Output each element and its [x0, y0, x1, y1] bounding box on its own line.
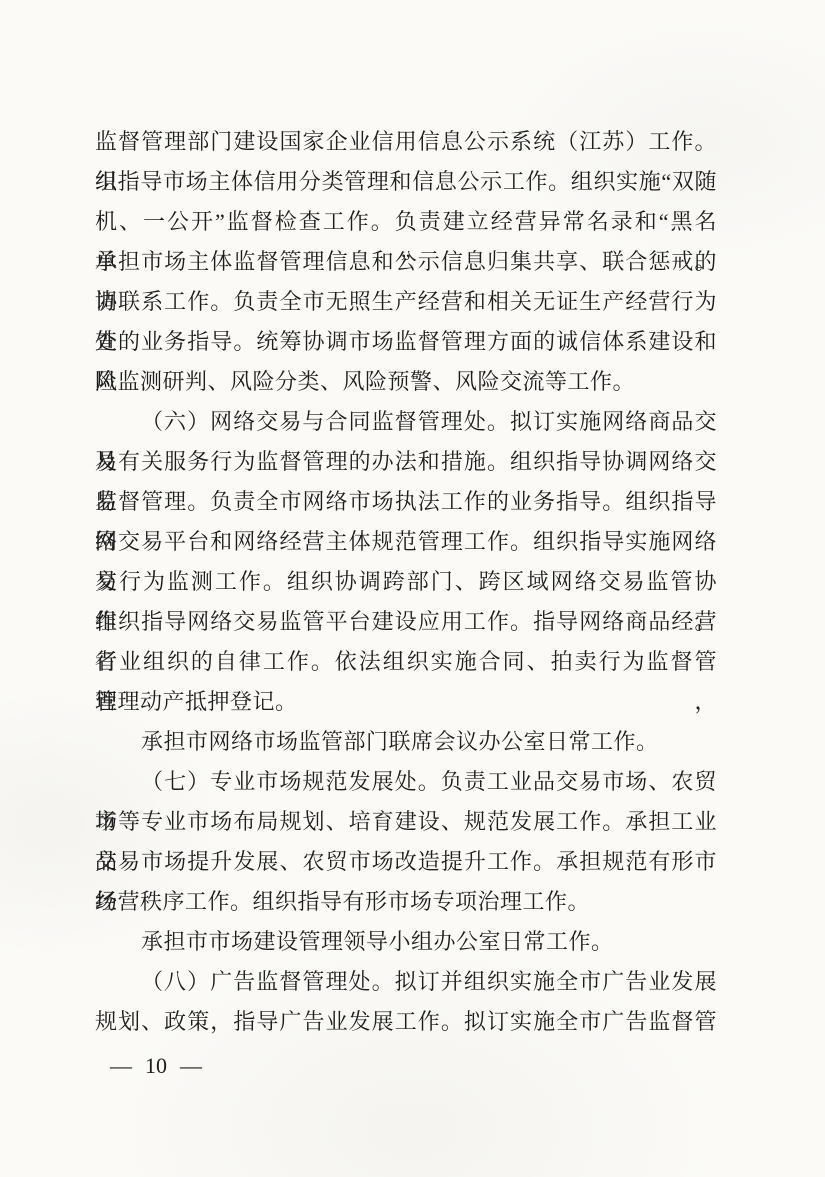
text-line: 交易市场提升发展、农贸市场改造提升工作。承担规范有形市场	[95, 842, 717, 882]
text-line: 承担市网络市场监管部门联席会议办公室日常工作。	[95, 722, 717, 762]
text-line: 场等专业市场布局规划、培育建设、规范发展工作。承担工业品	[95, 802, 717, 842]
text-line: 织指导市场主体信用分类管理和信息公示工作。组织实施“双随	[95, 162, 717, 202]
text-line: 承担市市场建设管理领导小组办公室日常工作。	[95, 922, 717, 962]
text-line: 及有关服务行为监督管理的办法和措施。组织指导协调网络交易	[95, 442, 717, 482]
footer-page-number: 10	[145, 1051, 167, 1081]
footer-right-dash: —	[180, 1051, 202, 1081]
page-number: — 10 —	[110, 1051, 202, 1081]
text-line: 规划、政策，指导广告业发展工作。拟订实施全市广告监督管	[95, 1002, 717, 1042]
text-line: 经营秩序工作。组织指导有形市场专项治理工作。	[95, 882, 717, 922]
text-line: 易行为监测工作。组织协调跨部门、跨区域网络交易监管协作。	[95, 562, 717, 602]
text-line: 监督管理部门建设国家企业信用信息公示系统（江苏）工作。组	[95, 122, 717, 162]
text-line: （八）广告监督管理处。拟订并组织实施全市广告业发展	[95, 962, 717, 1002]
body-text: 监督管理部门建设国家企业信用信息公示系统（江苏）工作。组 织指导市场主体信用分类…	[95, 122, 717, 1042]
text-line: （七）专业市场规范发展处。负责工业品交易市场、农贸市	[95, 762, 717, 802]
text-line: 络交易平台和网络经营主体规范管理工作。组织指导实施网络交	[95, 522, 717, 562]
text-line: 承担市场主体监督管理信息和公示信息归集共享、联合惩戒的协	[95, 242, 717, 282]
text-line: 监督管理。负责全市网络市场执法工作的业务指导。组织指导网	[95, 482, 717, 522]
text-line: 行业组织的自律工作。依法组织实施合同、拍卖行为监督管理，	[95, 642, 717, 682]
text-line: 机、一公开”监督检查工作。负责建立经营异常名录和“黑名单”。	[95, 202, 717, 242]
footer-left-dash: —	[110, 1051, 132, 1081]
text-line: （六）网络交易与合同监督管理处。拟订实施网络商品交易	[95, 402, 717, 442]
text-line: 处的业务指导。统筹协调市场监督管理方面的诚信体系建设和风	[95, 322, 717, 362]
text-line: 组织指导网络交易监管平台建设应用工作。指导网络商品经营者	[95, 602, 717, 642]
scanned-document-page: 监督管理部门建设国家企业信用信息公示系统（江苏）工作。组 织指导市场主体信用分类…	[0, 0, 825, 1177]
text-line: 调联系工作。负责全市无照生产经营和相关无证生产经营行为查	[95, 282, 717, 322]
text-line: 险监测研判、风险分类、风险预警、风险交流等工作。	[95, 362, 717, 402]
